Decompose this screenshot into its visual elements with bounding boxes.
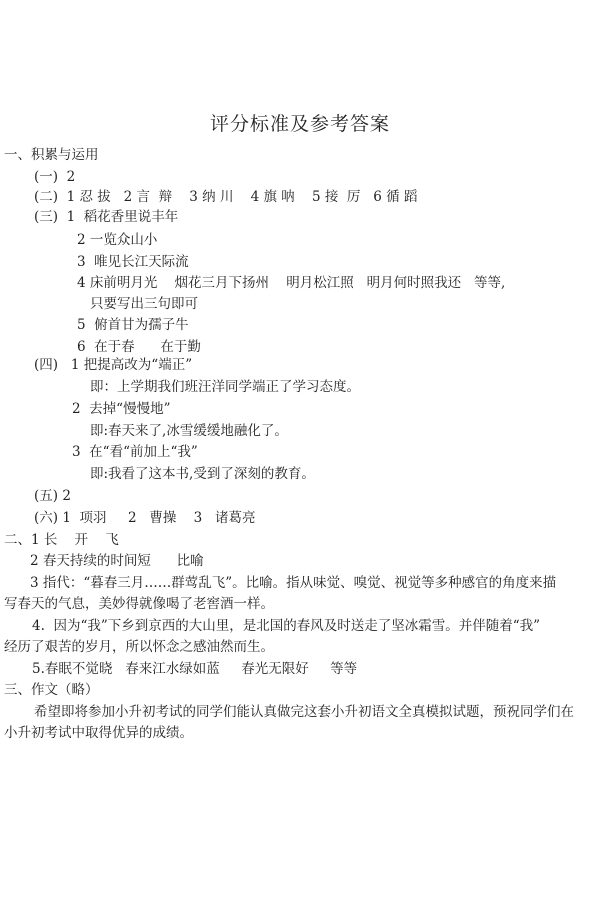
line-q1-4-3: 3 在“看“前加上“我” (72, 443, 198, 461)
line-q1-4-1-example: 即：上学期我们班汪洋同学端正了学习态度。 (90, 378, 360, 396)
line-q1-4-1: (四) 1 把提高改为“端正” (34, 356, 192, 374)
line-q1-1: (一) 2 (34, 168, 75, 186)
line-section-2-2: 2 春天持续的时间短 比喻 (30, 552, 204, 570)
line-q1-2: (二) 1 忍 拔 2 言 辩 3 纳 川 4 旗 呐 5 接 厉 6 循 蹈 (34, 188, 417, 206)
line-q1-4-3-example: 即:我看了这本书,受到了深刻的教育。 (90, 465, 315, 483)
line-section-2-4: 4. 因为“我”下乡到京西的大山里，是北国的春风及时送走了坚冰霜雪。并伴随着“我… (32, 617, 540, 635)
line-q1-3-1: (三) 1 稻花香里说丰年 (34, 208, 178, 226)
line-q1-3-6: 6 在于春 在于勤 (77, 338, 201, 356)
line-closing-1: 希望即将参加小升初考试的同学们能认真做完这套小升初语文全真模拟试题，预祝同学们在 (34, 703, 574, 721)
line-section-3: 三、作文（略） (4, 681, 99, 699)
line-q1-3-3: 3 唯见长江天际流 (77, 253, 189, 271)
line-q1-3-4-cont: 只要写出三句即可 (90, 295, 198, 313)
line-q1-3-5: 5 俯首甘为孺子牛 (77, 316, 189, 334)
line-section-2-3: 3 指代：“暮春三月……群莺乱飞”。比喻。指从味觉、嗅觉、视觉等多种感官的角度来… (30, 574, 556, 592)
document-title: 评分标准及参考答案 (0, 109, 600, 136)
line-q1-3-2: 2 一览众山小 (77, 231, 157, 249)
line-q1-6: (六) 1 项羽 2 曹操 3 诸葛亮 (34, 509, 256, 527)
line-section-1: 一、积累与运用 (4, 146, 99, 164)
line-section-2-1: 二、1 长 开 飞 (4, 531, 119, 549)
line-section-2-3-cont: 写春天的气息，美妙得就像喝了老窖酒一样。 (4, 595, 274, 613)
line-section-2-4-cont: 经历了艰苦的岁月，所以怀念之感油然而生。 (4, 638, 274, 656)
line-q1-5: (五) 2 (34, 487, 71, 505)
line-closing-2: 小升初考试中取得优异的成绩。 (4, 724, 193, 742)
line-q1-4-2: 2 去掉“慢慢地” (72, 400, 170, 418)
line-q1-4-2-example: 即:春天来了,冰雪缓缓地融化了。 (90, 422, 288, 440)
line-q1-3-4: 4 床前明月光 烟花三月下扬州 明月松江照 明月何时照我还 等等, (77, 274, 505, 292)
line-section-2-5: 5.春眠不觉晓 春来江水绿如蓝 春光无限好 等等 (32, 660, 357, 678)
